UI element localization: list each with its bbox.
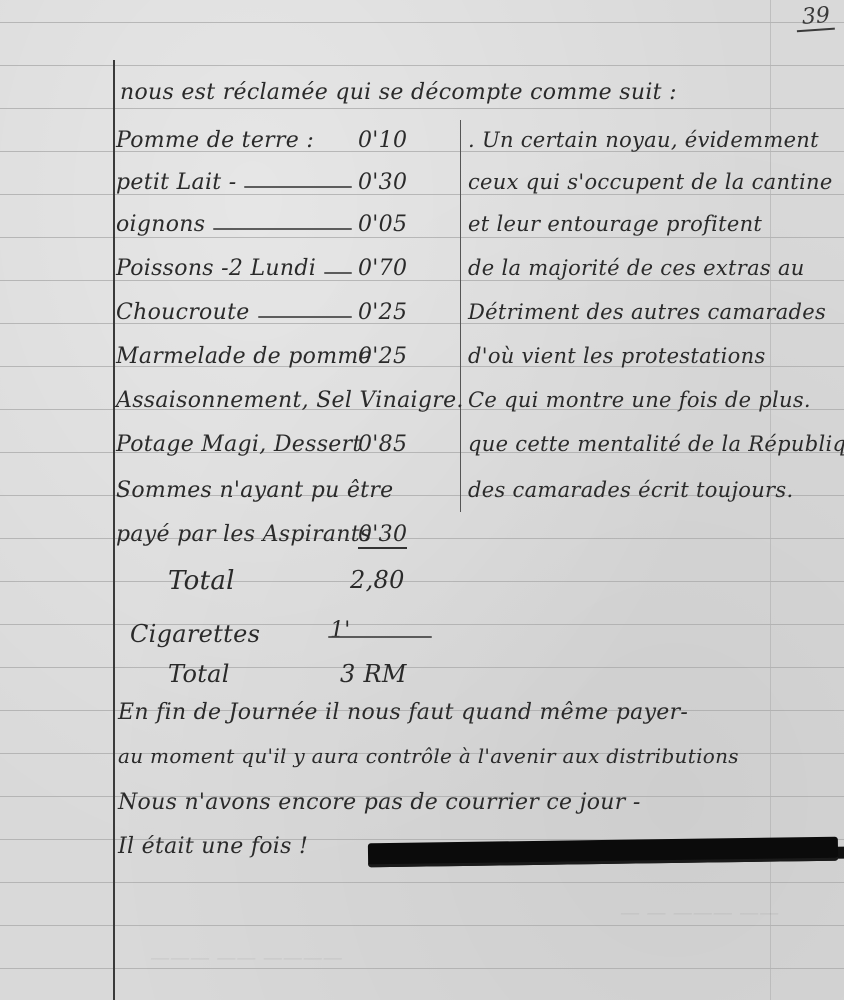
expense-item: oignons bbox=[116, 212, 205, 237]
subtotal-label: Total bbox=[168, 566, 235, 596]
bleed-through-text: — — ——— —— bbox=[620, 900, 779, 924]
expense-price: 0'70 bbox=[358, 256, 407, 281]
ruled-line bbox=[0, 667, 844, 668]
closing-line: au moment qu'il y aura contrôle à l'aven… bbox=[118, 744, 739, 768]
closing-line: Nous n'avons encore pas de courrier ce j… bbox=[118, 790, 641, 815]
ruled-line bbox=[0, 624, 844, 625]
commentary-line: des camarades écrit toujours. bbox=[468, 478, 793, 502]
expense-price: 0'25 bbox=[358, 344, 407, 369]
expense-item: Marmelade de pomme bbox=[116, 344, 372, 369]
cigarettes-underline bbox=[328, 636, 432, 638]
commentary-line: d'où vient les protestations bbox=[468, 344, 766, 368]
ruled-line bbox=[0, 925, 844, 926]
commentary-line: de la majorité de ces extras au bbox=[468, 256, 805, 280]
commentary-line: que cette mentalité de la République bbox=[468, 432, 844, 456]
ruled-line bbox=[0, 968, 844, 969]
closing-line: En fin de Journée il nous faut quand mêm… bbox=[118, 700, 688, 725]
bleed-through-text: ——— —— ———— bbox=[150, 945, 343, 969]
leader-line bbox=[258, 316, 352, 318]
cigarettes-label: Cigarettes bbox=[130, 620, 260, 648]
expense-price: 0'10 bbox=[358, 128, 407, 153]
header-line: nous est réclamée qui se décompte comme … bbox=[120, 80, 677, 105]
expense-item: Pomme de terre : bbox=[116, 128, 314, 153]
leader-line bbox=[213, 228, 352, 230]
ledger-page: — — ——— —— ——— —— ———— 39 nous est récla… bbox=[0, 0, 844, 1000]
leader-line bbox=[244, 186, 352, 188]
expense-item: Sommes n'ayant pu être bbox=[116, 478, 393, 503]
ruled-line bbox=[0, 108, 844, 109]
grand-total-label: Total bbox=[168, 660, 230, 688]
ruled-line bbox=[0, 237, 844, 238]
expense-price: 0'05 bbox=[358, 212, 407, 237]
expense-item: Potage Magi, Dessert bbox=[116, 432, 362, 457]
expense-item: Choucroute bbox=[116, 300, 250, 325]
expense-price: 0'30 bbox=[358, 522, 407, 549]
expense-price: 0'25 bbox=[358, 300, 407, 325]
leader-line bbox=[324, 272, 352, 274]
commentary-line: . Un certain noyau, évidemment bbox=[468, 128, 819, 152]
ruled-line bbox=[0, 581, 844, 582]
cigarettes-value: 1' bbox=[330, 618, 351, 643]
commentary-line: et leur entourage profitent bbox=[468, 212, 762, 236]
commentary-line: ceux qui s'occupent de la cantine bbox=[468, 170, 833, 194]
subtotal-value: 2,80 bbox=[350, 566, 405, 594]
ruled-line bbox=[0, 882, 844, 883]
commentary-line: Ce qui montre une fois de plus. bbox=[468, 388, 811, 412]
expense-item: payé par les Aspirants bbox=[116, 522, 372, 547]
expense-item: Assaisonnement, Sel Vinaigre. bbox=[116, 388, 464, 413]
column-divider bbox=[460, 120, 461, 512]
expense-price: 0'85 bbox=[358, 432, 407, 457]
expense-price: 0'30 bbox=[358, 170, 407, 195]
redaction-bar bbox=[368, 837, 838, 868]
ruled-line bbox=[0, 65, 844, 66]
expense-item: petit Lait - bbox=[116, 170, 236, 195]
ruled-line bbox=[0, 22, 844, 23]
expense-item: Poissons -2 Lundi bbox=[116, 256, 316, 281]
commentary-line: Détriment des autres camarades bbox=[468, 300, 826, 324]
margin-rule bbox=[113, 60, 115, 1000]
closing-line: Il était une fois ! bbox=[118, 834, 308, 859]
page-number: 39 bbox=[795, 3, 835, 33]
grand-total-value: 3 RM bbox=[340, 660, 407, 688]
